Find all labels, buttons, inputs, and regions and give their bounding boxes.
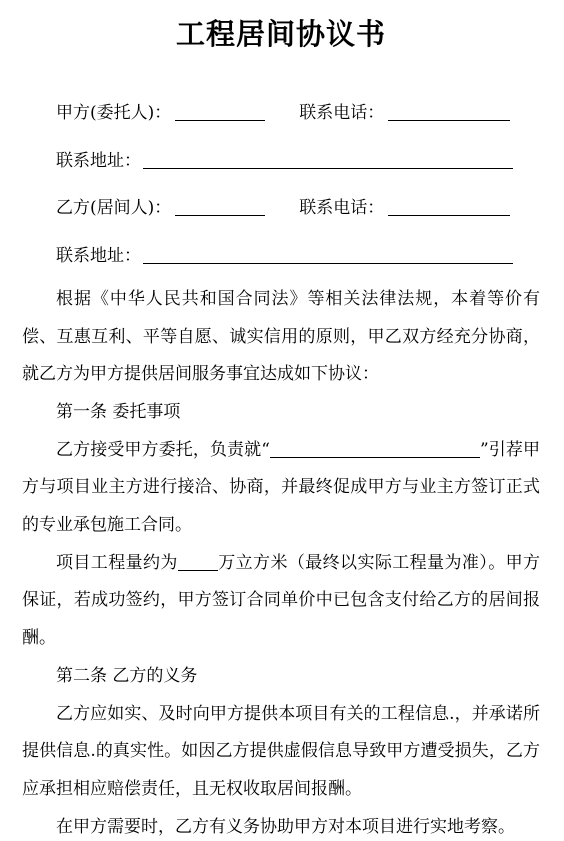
party-b-address-label: 联系地址： <box>56 246 141 266</box>
party-b-label: 乙方(居间人)： <box>56 198 171 218</box>
document-page: 工程居间协议书 甲方(委托人)：联系电话： 联系地址： 乙方(居间人)：联系电话… <box>0 0 564 841</box>
document-title: 工程居间协议书 <box>22 14 540 54</box>
party-a-address-label: 联系地址： <box>56 151 141 171</box>
article-2-clause-2: 在甲方需要时，乙方有义务协助甲方对本项目进行实地考察。 <box>22 809 540 841</box>
party-a-name-blank <box>175 103 265 121</box>
party-b-phone-blank <box>388 198 510 216</box>
project-name-blank <box>270 440 480 458</box>
preamble-paragraph: 根据《中华人民共和国合同法》等相关法律法规，本着等价有偿、互惠互利、平等自愿、诚… <box>22 281 540 394</box>
party-a-label: 甲方(委托人)： <box>56 103 171 123</box>
party-b-phone-label: 联系电话： <box>299 198 384 218</box>
article-1-clause-2-text-before: 项目工程量约为 <box>56 553 178 573</box>
project-volume-blank <box>178 553 218 571</box>
party-a-address-blank <box>143 151 513 169</box>
party-b-name-blank <box>175 198 265 216</box>
party-a-line: 甲方(委托人)：联系电话： <box>22 95 540 133</box>
party-b-address-blank <box>143 246 513 264</box>
article-1-clause-1: 乙方接受甲方委托，负责就“”引荐甲方与项目业主方进行接洽、协商，并最终促成甲方与… <box>22 432 540 545</box>
article-2-heading: 第二条 乙方的义务 <box>22 658 540 696</box>
party-a-address-line: 联系地址： <box>22 143 540 181</box>
article-1-clause-1-text-before: 乙方接受甲方委托，负责就“ <box>56 440 270 460</box>
party-a-phone-label: 联系电话： <box>299 103 384 123</box>
article-1-heading: 第一条 委托事项 <box>22 394 540 432</box>
party-b-line: 乙方(居间人)：联系电话： <box>22 190 540 228</box>
party-a-phone-blank <box>388 103 510 121</box>
article-2-clause-1: 乙方应如实、及时向甲方提供本项目有关的工程信息.，并承诺所提供信息.的真实性。如… <box>22 696 540 809</box>
article-1-clause-2: 项目工程量约为万立方米（最终以实际工程量为准）。甲方保证，若成功签约，甲方签订合… <box>22 545 540 658</box>
party-b-address-line: 联系地址： <box>22 238 540 276</box>
